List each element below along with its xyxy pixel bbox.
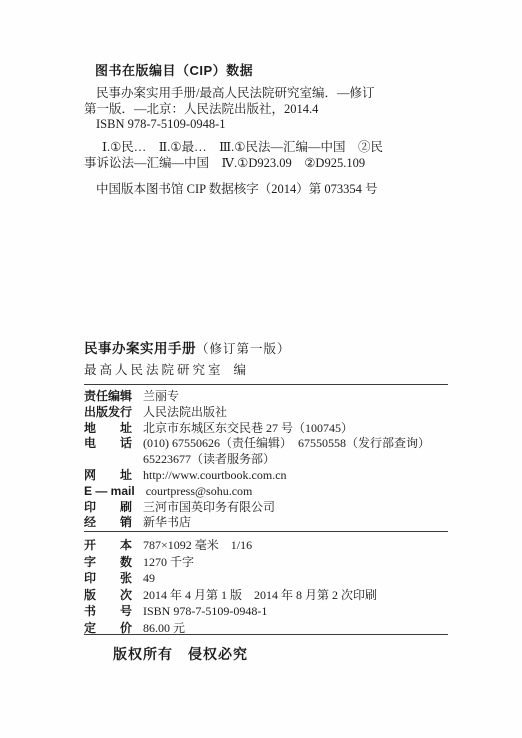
book-title-line: 民事办案实用手册（修订第一版）	[84, 340, 464, 358]
cip-classification-line: Ⅰ.①民… Ⅱ.①最… Ⅲ.①民法—汇编—中国 ②民	[84, 140, 464, 156]
row-value: courtpress@sohu.com	[146, 484, 464, 500]
row-label: 出版发行	[84, 405, 132, 421]
info-row-phone: 电话 (010) 67550626（责任编辑） 67550558（发行部查询）	[84, 436, 464, 452]
divider-middle	[84, 531, 448, 532]
author-role: 编	[234, 363, 250, 377]
row-value: ISBN 978-7-5109-0948-1	[143, 603, 464, 620]
info-row-editor: 责任编辑 兰丽专	[84, 389, 464, 405]
row-value: 1270 千字	[143, 554, 464, 571]
row-value: 北京市东城区东交民巷 27 号（100745）	[143, 421, 464, 437]
info-row-distributor: 经销 新华书店	[84, 515, 464, 531]
cip-description: 民事办案实用手册/最高人民法院研究室编．—修订 第一版．—北京：人民法院出版社，…	[84, 86, 464, 133]
divider-bottom	[84, 634, 448, 635]
info-row-phone-2: 65223677（读者服务部）	[84, 452, 464, 468]
row-label: 经销	[84, 515, 132, 531]
row-label: 责任编辑	[84, 389, 132, 405]
row-label: 地址	[84, 421, 132, 437]
cip-classification-line: 事诉讼法—汇编—中国 Ⅳ.①D923.09 ②D925.109	[84, 156, 464, 172]
copyright-page: 图书在版编目（CIP）数据 民事办案实用手册/最高人民法院研究室编．—修订 第一…	[0, 0, 522, 738]
row-value: http://www.courtbook.com.cn	[143, 468, 464, 484]
row-label: 印刷	[84, 500, 132, 516]
info-row-format: 开本 787×1092 毫米 1/16	[84, 537, 464, 554]
cip-isbn-line: ISBN 978-7-5109-0948-1	[84, 117, 464, 133]
info-row-address: 地址 北京市东城区东交民巷 27 号（100745）	[84, 421, 464, 437]
row-value: 兰丽专	[143, 389, 464, 405]
copyright-notice: 版权所有 侵权必究	[113, 644, 248, 664]
row-label: 网址	[84, 468, 132, 484]
row-label: 印张	[84, 570, 132, 587]
cip-description-line: 民事办案实用手册/最高人民法院研究室编．—修订	[84, 86, 464, 102]
row-label: 书号	[84, 603, 132, 620]
info-row-isbn: 书号 ISBN 978-7-5109-0948-1	[84, 603, 464, 620]
info-row-word-count: 字数 1270 千字	[84, 554, 464, 571]
row-value: 新华书店	[143, 515, 464, 531]
row-value: 65223677（读者服务部）	[143, 452, 464, 468]
divider-top	[84, 384, 448, 385]
print-info: 开本 787×1092 毫米 1/16 字数 1270 千字 印张 49 版次 …	[84, 537, 464, 637]
row-value: 人民法院出版社	[143, 405, 464, 421]
row-label: E — mail	[84, 484, 135, 500]
info-row-edition: 版次 2014 年 4 月第 1 版 2014 年 8 月第 2 次印刷	[84, 587, 464, 604]
info-row-website: 网址 http://www.courtbook.com.cn	[84, 468, 464, 484]
row-label: 电话	[84, 436, 132, 452]
row-label: 开本	[84, 537, 132, 554]
book-title: 民事办案实用手册	[84, 341, 196, 356]
row-value: 787×1092 毫米 1/16	[143, 537, 464, 554]
publisher-info: 责任编辑 兰丽专 出版发行 人民法院出版社 地址 北京市东城区东交民巷 27 号…	[84, 389, 464, 531]
info-row-printer: 印刷 三河市国英印务有限公司	[84, 500, 464, 516]
row-value: 2014 年 4 月第 1 版 2014 年 8 月第 2 次印刷	[143, 587, 464, 604]
info-row-sheets: 印张 49	[84, 570, 464, 587]
info-row-email: E — mail courtpress@sohu.com	[84, 484, 464, 500]
cip-classification: Ⅰ.①民… Ⅱ.①最… Ⅲ.①民法—汇编—中国 ②民 事诉讼法—汇编—中国 Ⅳ.…	[84, 140, 464, 171]
cip-registry: 中国版本图书馆 CIP 数据核字（2014）第 073354 号	[96, 179, 378, 197]
author-name: 最高人民法院研究室	[84, 363, 224, 377]
cip-heading: 图书在版编目（CIP）数据	[95, 60, 253, 79]
info-row-publisher: 出版发行 人民法院出版社	[84, 405, 464, 421]
cip-description-line: 第一版．—北京：人民法院出版社，2014.4	[84, 102, 464, 118]
row-label: 字数	[84, 554, 132, 571]
row-value: 49	[143, 570, 464, 587]
row-value: 三河市国英印务有限公司	[143, 500, 464, 516]
title-block: 民事办案实用手册（修订第一版） 最高人民法院研究室编	[84, 340, 464, 379]
edition-label: （修订第一版）	[196, 342, 291, 356]
row-value: (010) 67550626（责任编辑） 67550558（发行部查询）	[143, 436, 464, 452]
author-line: 最高人民法院研究室编	[84, 361, 464, 379]
row-label: 版次	[84, 587, 132, 604]
